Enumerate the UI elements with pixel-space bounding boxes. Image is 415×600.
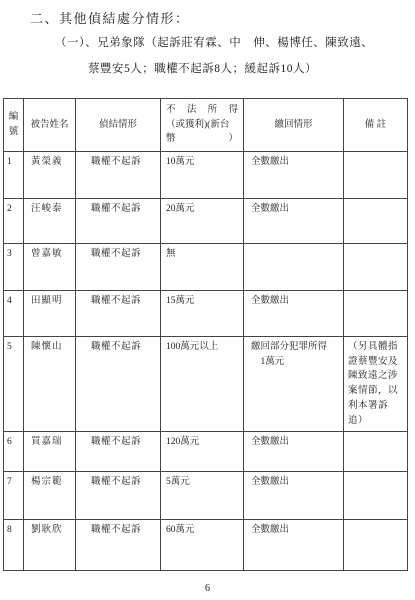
cell-result: 職權不起訴 <box>76 199 161 244</box>
subtitle-line-2: 蔡豐安5人；職權不起訴8人；緩起訴10人） <box>88 60 317 76</box>
cell-returned <box>244 244 344 291</box>
cell-defendant-name: 楊宗範 <box>24 472 76 520</box>
cell-note: （另具體指證蔡豐安及陳致遠之涉案情節，以利本署訴追） <box>344 337 408 432</box>
cell-defendant-name: 黃榮義 <box>24 152 76 199</box>
cell-returned: 全數繳出 <box>244 291 344 337</box>
cell-result: 職權不起訴 <box>76 291 161 337</box>
table-row: 7 楊宗範 職權不起訴 5萬元 全數繳出 <box>4 472 408 520</box>
cell-amount: 60萬元 <box>161 520 244 571</box>
cell-no: 1 <box>4 152 24 199</box>
col-header-name: 被告姓名 <box>24 99 76 152</box>
cell-amount: 20萬元 <box>161 199 244 244</box>
cell-no: 5 <box>4 337 24 432</box>
table-header: 編號 被告姓名 偵結情形 不 法 所 得 （或獲利)(新台 幣 ） 繳回情形 備… <box>4 99 408 152</box>
col-header-amount-line1: 不 法 所 得 <box>166 103 238 118</box>
cell-note <box>344 520 408 571</box>
cell-defendant-name: 汪峻泰 <box>24 199 76 244</box>
col-header-amount-line3-right: ） <box>228 132 238 147</box>
cell-returned: 全數繳出 <box>244 432 344 472</box>
col-header-no: 編號 <box>4 99 24 152</box>
col-header-amount: 不 法 所 得 （或獲利)(新台 幣 ） <box>161 99 244 152</box>
table-row: 4 田顯明 職權不起訴 15萬元 全數繳出 <box>4 291 408 337</box>
col-header-amount-line2: （或獲利)(新台 <box>166 118 238 133</box>
cell-returned: 全數繳出 <box>244 199 344 244</box>
col-header-amount-line3-left: 幣 <box>166 132 176 147</box>
col-header-amount-line3: 幣 ） <box>166 132 238 147</box>
cell-note <box>344 472 408 520</box>
header-row: 編號 被告姓名 偵結情形 不 法 所 得 （或獲利)(新台 幣 ） 繳回情形 備… <box>4 99 408 152</box>
table-row: 8 劉耿欣 職權不起訴 60萬元 全數繳出 <box>4 520 408 571</box>
table-body: 1 黃榮義 職權不起訴 10萬元 全數繳出 2 汪峻泰 職權不起訴 20萬元 全… <box>4 152 408 571</box>
page-number: 6 <box>0 583 415 594</box>
cell-result: 職權不起訴 <box>76 244 161 291</box>
cell-note <box>344 152 408 199</box>
cell-no: 7 <box>4 472 24 520</box>
cell-defendant-name: 買嘉瑞 <box>24 432 76 472</box>
cell-result: 職權不起訴 <box>76 152 161 199</box>
cell-no: 8 <box>4 520 24 571</box>
cell-no: 3 <box>4 244 24 291</box>
cell-no: 4 <box>4 291 24 337</box>
cell-returned: 全數繳出 <box>244 520 344 571</box>
cell-result: 職權不起訴 <box>76 472 161 520</box>
document-page: 二、其他偵結處分情形： （一）、兄弟象隊（起訴莊宥霖、中 伸、楊博任、陳致遠、 … <box>0 0 415 600</box>
cell-defendant-name: 陳懷山 <box>24 337 76 432</box>
cell-note <box>344 291 408 337</box>
cell-returned: 全數繳出 <box>244 472 344 520</box>
cell-result: 職權不起訴 <box>76 432 161 472</box>
cell-amount: 15萬元 <box>161 291 244 337</box>
table-row: 6 買嘉瑞 職權不起訴 120萬元 全數繳出 <box>4 432 408 472</box>
cell-returned: 全數繳出 <box>244 152 344 199</box>
col-header-result: 偵結情形 <box>76 99 161 152</box>
cell-result: 職權不起訴 <box>76 520 161 571</box>
cell-defendant-name: 曾嘉敏 <box>24 244 76 291</box>
cell-defendant-name: 劉耿欣 <box>24 520 76 571</box>
col-header-note: 備 註 <box>344 99 408 152</box>
cell-no: 2 <box>4 199 24 244</box>
cell-amount: 無 <box>161 244 244 291</box>
cell-amount: 5萬元 <box>161 472 244 520</box>
table-row: 3 曾嘉敏 職權不起訴 無 <box>4 244 408 291</box>
subtitle-line-1: （一）、兄弟象隊（起訴莊宥霖、中 伸、楊博任、陳致遠、 <box>55 34 373 50</box>
table-row: 2 汪峻泰 職權不起訴 20萬元 全數繳出 <box>4 199 408 244</box>
cell-amount: 100萬元以上 <box>161 337 244 432</box>
cell-amount: 10萬元 <box>161 152 244 199</box>
table-row: 1 黃榮義 職權不起訴 10萬元 全數繳出 <box>4 152 408 199</box>
cell-defendant-name: 田顯明 <box>24 291 76 337</box>
cell-result: 職權不起訴 <box>76 337 161 432</box>
cell-amount: 120萬元 <box>161 432 244 472</box>
col-header-returned: 繳回情形 <box>244 99 344 152</box>
page-title: 二、其他偵結處分情形： <box>30 8 190 27</box>
cell-returned: 繳回部分犯罪所得 1萬元 <box>244 337 344 432</box>
cell-note <box>344 432 408 472</box>
cell-no: 6 <box>4 432 24 472</box>
cell-note <box>344 199 408 244</box>
table-row: 5 陳懷山 職權不起訴 100萬元以上 繳回部分犯罪所得 1萬元 （另具體指證蔡… <box>4 337 408 432</box>
cell-note <box>344 244 408 291</box>
case-table: 編號 被告姓名 偵結情形 不 法 所 得 （或獲利)(新台 幣 ） 繳回情形 備… <box>3 98 408 571</box>
